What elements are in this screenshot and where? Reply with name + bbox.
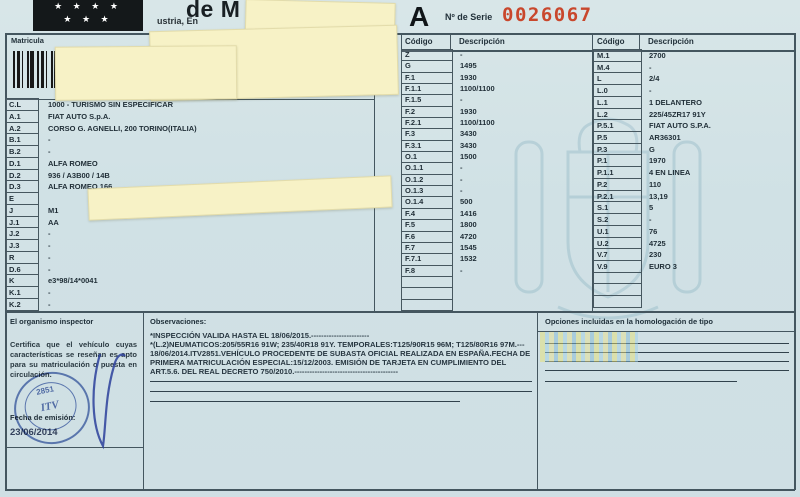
row-description: 3430 <box>460 141 477 152</box>
row-description: - <box>48 146 51 158</box>
row-description: EURO 3 <box>649 261 677 273</box>
row-description: - <box>649 214 652 226</box>
row-description: - <box>460 50 463 61</box>
row-description: 1 DELANTERO <box>649 97 702 109</box>
row-description: M1 <box>48 205 58 217</box>
row-description: 500 <box>460 197 473 208</box>
row-description: - <box>460 266 463 277</box>
matricula-label: Matricula <box>11 36 44 45</box>
row-description: 4 EN LINEA <box>649 167 690 179</box>
table-row <box>593 296 795 308</box>
flag-stars-row: ★ ★ ★ <box>33 13 143 26</box>
row-description: - <box>649 62 652 74</box>
row-description: - <box>48 240 51 252</box>
observaciones-section-header: Observaciones: <box>150 317 206 326</box>
row-description: - <box>48 228 51 240</box>
row-description: ALFA ROMEO <box>48 158 98 170</box>
observaciones-line: ART.5.6. DEL REAL DECRETO 750/2010.-----… <box>150 368 534 377</box>
row-description: CORSO G. AGNELLI, 200 TORINO(ITALIA) <box>48 123 197 135</box>
table-row: D.6- <box>5 264 372 276</box>
row-description: 1545 <box>460 243 477 254</box>
row-description: - <box>48 134 51 146</box>
observaciones-rule <box>150 381 532 382</box>
tables-bottom-border <box>5 311 795 313</box>
row-description: - <box>460 175 463 186</box>
row-description: FIAT AUTO S.P.A. <box>649 120 711 132</box>
row-code <box>401 299 453 311</box>
observaciones-box-right-border <box>537 313 538 490</box>
inspector-section-header: El organismo inspector <box>10 317 93 326</box>
row-code <box>593 295 642 308</box>
row-description: 1800 <box>460 220 477 231</box>
row-description: - <box>460 186 463 197</box>
series-label: Nº de Serie <box>445 12 492 22</box>
row-description: AA <box>48 217 59 229</box>
inspector-box-right-border <box>143 313 144 490</box>
row-description: e3*98/14*0041 <box>48 275 98 287</box>
table-row: B.2- <box>5 146 372 158</box>
inspector-signature <box>78 348 138 453</box>
column-header-codigo: Código <box>401 33 451 50</box>
row-description: 2/4 <box>649 73 659 85</box>
row-description: - <box>48 299 51 311</box>
row-description: AR36301 <box>649 132 681 144</box>
row-description: 1495 <box>460 61 477 72</box>
table-row: A.1FIAT AUTO S.p.A. <box>5 111 372 123</box>
flag-stars-row: ★ ★ ★ ★ <box>33 0 143 13</box>
table-row <box>401 300 593 311</box>
row-description: 1100/1100 <box>460 84 495 95</box>
column-header-descripcion: Descripción <box>451 33 505 50</box>
row-description: 225/45ZR17 91Y <box>649 109 706 121</box>
observaciones-text: *INSPECCIÓN VALIDA HASTA EL 18/06/2015.-… <box>150 332 534 377</box>
row-description: - <box>48 264 51 276</box>
row-description: 5 <box>649 202 653 214</box>
row-description: 1970 <box>649 155 666 167</box>
table-row: J.3- <box>5 240 372 252</box>
observaciones-rule <box>150 391 532 392</box>
row-description: - <box>48 252 51 264</box>
row-description: - <box>649 85 652 97</box>
row-code: K.2 <box>5 298 39 311</box>
opciones-rule <box>545 381 737 382</box>
row-description: 936 / A3B00 / 14B <box>48 170 110 182</box>
table-row: K.1- <box>5 287 372 299</box>
row-description: FIAT AUTO S.p.A. <box>48 111 110 123</box>
row-description: 1500 <box>460 152 477 163</box>
table-row: J.2- <box>5 228 372 240</box>
opciones-rule <box>545 370 789 371</box>
table-row: K.2- <box>5 299 372 311</box>
row-description: - <box>460 163 463 174</box>
row-description: G <box>649 144 655 156</box>
row-description: 230 <box>649 249 662 261</box>
codes-table-right: M.12700M.4-L2/4L.0-L.11 DELANTEROL.2225/… <box>593 50 795 308</box>
row-description: 4720 <box>460 232 477 243</box>
table-row: R- <box>5 252 372 264</box>
comunidad-de-madrid-flag-logo: ★ ★ ★ ★ ★ ★ ★ <box>33 0 143 31</box>
row-description: 4725 <box>649 238 666 250</box>
codes-table-middle: Z-G1495F.11930F.1.11100/1100F.1.5-F.2193… <box>401 50 593 311</box>
series-number: 0026067 <box>502 4 593 26</box>
table-row: B.1- <box>5 134 372 146</box>
page-subtitle-fragment: ustria, En <box>157 16 198 26</box>
row-description: 1416 <box>460 209 477 220</box>
table-row: J.1AA <box>5 217 372 229</box>
series-letter: A <box>409 1 429 33</box>
row-description: 1930 <box>460 107 477 118</box>
row-description: - <box>460 95 463 106</box>
itv-vehicle-card: ★ ★ ★ ★ ★ ★ ★ de M ustria, En A Nº de Se… <box>0 0 800 497</box>
table-row: A.2CORSO G. AGNELLI, 200 TORINO(ITALIA) <box>5 123 372 135</box>
hologram-strip <box>540 332 638 362</box>
row-description: 76 <box>649 226 657 238</box>
row-description: 2700 <box>649 50 666 62</box>
opciones-section-header: Opciones incluidas en la homologación de… <box>545 317 713 326</box>
sticky-note <box>55 45 237 101</box>
row-description: 110 <box>649 179 661 191</box>
row-description: 13,19 <box>649 191 668 203</box>
row-description: 1930 <box>460 73 477 84</box>
column-header-codigo: Código <box>593 33 640 50</box>
row-description: - <box>48 287 51 299</box>
table-row: Ke3*98/14*0041 <box>5 275 372 287</box>
row-description: 1100/1100 <box>460 118 495 129</box>
column-header-descripcion: Descripción <box>640 33 694 50</box>
row-description: 1532 <box>460 254 477 265</box>
observaciones-rule <box>150 401 460 402</box>
row-description: 3430 <box>460 129 477 140</box>
card-bottom-border <box>5 489 795 491</box>
table-row: D.1ALFA ROMEO <box>5 158 372 170</box>
